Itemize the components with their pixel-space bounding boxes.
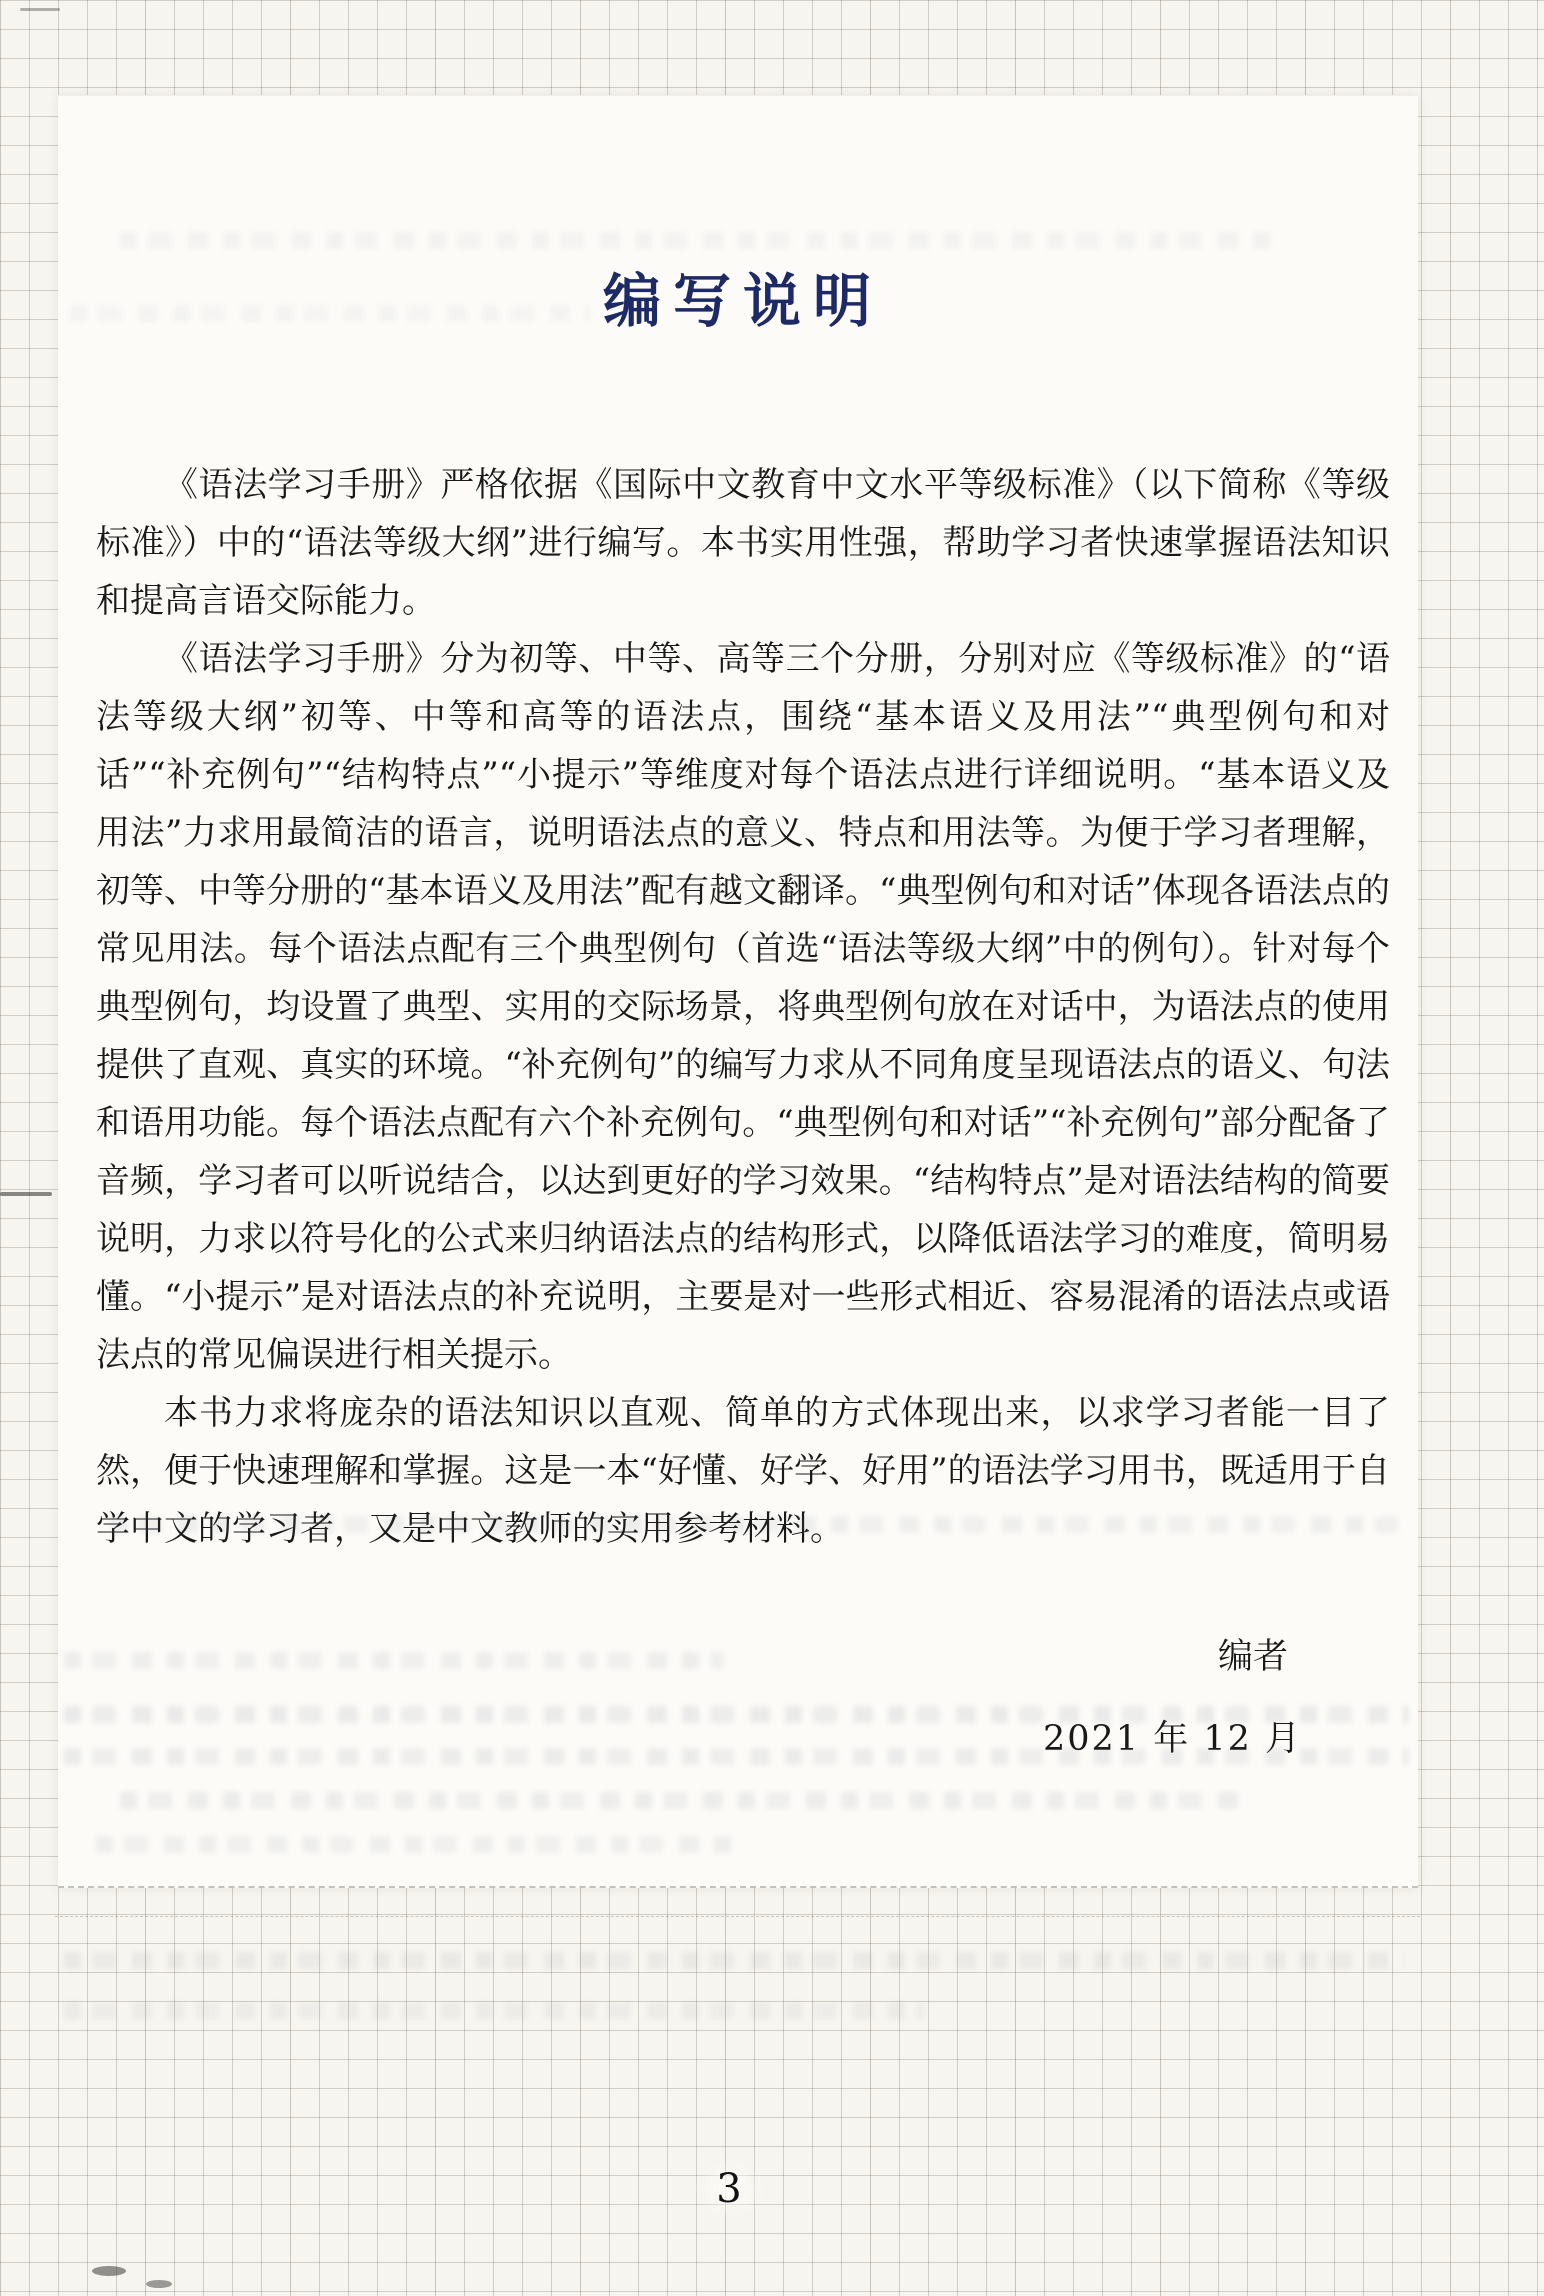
scanned-page: 编写说明 《语法学习手册》严格依据《国际中文教育中文水平等级标准》（以下简称《等… (58, 95, 1418, 1888)
bleed-through-line (96, 1836, 736, 1853)
page-title: 编写说明 (96, 254, 1390, 338)
paragraph-1: 《语法学习手册》严格依据《国际中文教育中文水平等级标准》（以下简称《等级标准》）… (96, 456, 1390, 630)
bleed-through-line (64, 1748, 1409, 1765)
bleed-through-line (120, 1792, 1240, 1809)
page-bottom-edge-artifact (55, 1916, 1420, 1917)
bleed-through-line (64, 1652, 724, 1669)
bleed-through-line (120, 232, 1270, 249)
scan-speck (20, 8, 60, 11)
paragraph-2: 《语法学习手册》分为初等、中等、高等三个分册，分别对应《等级标准》的“语法等级大… (96, 630, 1390, 1384)
page-number: 3 (694, 2162, 764, 2216)
scan-speck (146, 2280, 172, 2288)
bleed-through-line (64, 1952, 1404, 1969)
bleed-through-line (70, 305, 590, 322)
page-content: 编写说明 《语法学习手册》严格依据《国际中文教育中文水平等级标准》（以下简称《等… (58, 96, 1418, 1886)
scan-speck (0, 1192, 52, 1196)
bleed-through-line (64, 1706, 1409, 1723)
scan-speck (92, 2266, 126, 2276)
bleed-through-line (64, 2002, 924, 2019)
body-text: 《语法学习手册》严格依据《国际中文教育中文水平等级标准》（以下简称《等级标准》）… (96, 456, 1390, 1558)
bleed-through-line (110, 1516, 1400, 1533)
